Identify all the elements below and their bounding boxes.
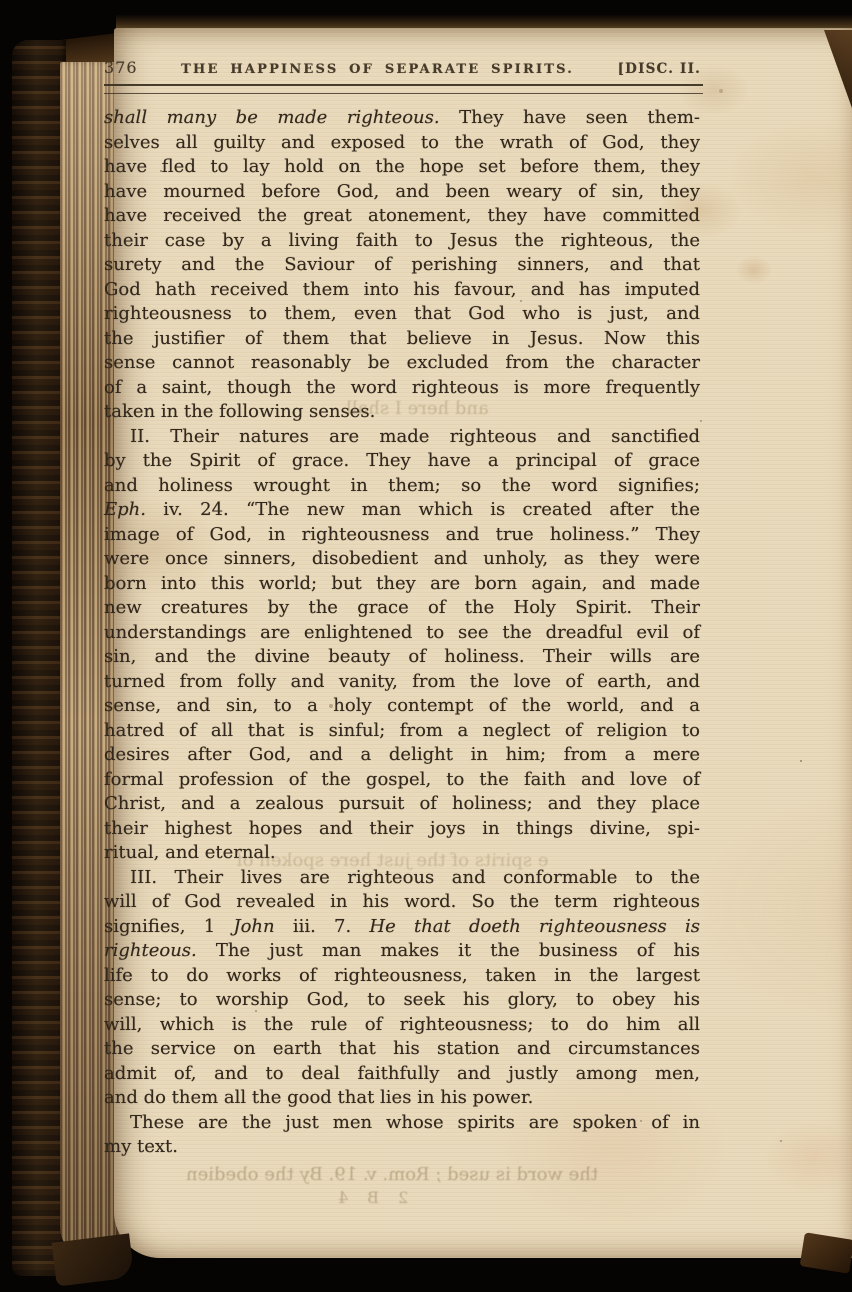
text-line: desires after God, and a delight in him;… <box>104 743 700 768</box>
text-line: the justifier of them that believe in Je… <box>104 327 700 352</box>
text-line: sense cannot reasonably be excluded from… <box>104 351 700 376</box>
show-through-text: and here I shall <box>346 398 489 419</box>
text-line: have mourned before God, and been weary … <box>104 180 700 205</box>
show-through-text: e spirits of the just here spoken of <box>236 850 548 871</box>
book-photo-scene: 376 THE HAPPINESS OF SEPARATE SPIRITS. [… <box>0 0 852 1292</box>
text-line: by the Spirit of grace. They have a prin… <box>104 449 700 474</box>
show-through-text: the word is used ; Rom. v. 19. By the ob… <box>186 1164 598 1185</box>
page-number: 376 <box>104 58 138 77</box>
text-line: righteousness to them, even that God who… <box>104 302 700 327</box>
running-title: THE HAPPINESS OF SEPARATE SPIRITS. <box>138 62 618 77</box>
text-line: and do them all the good that lies in hi… <box>104 1086 700 1111</box>
text-line: sense, and sin, to a holy contempt of th… <box>104 694 700 719</box>
text-line: their highest hopes and their joys in th… <box>104 817 700 842</box>
text-line: Eph. iv. 24. “The new man which is creat… <box>104 498 700 523</box>
text-line: will, which is the rule of righteousness… <box>104 1013 700 1038</box>
text-line: new creatures by the grace of the Holy S… <box>104 596 700 621</box>
show-through-signature-mark: 2 B 4 <box>331 1188 408 1207</box>
header-double-rule <box>104 84 703 94</box>
text-line: of a saint, though the word righteous is… <box>104 376 700 401</box>
text-line: have received the great atonement, they … <box>104 204 700 229</box>
text-line: hatred of all that is sinful; from a neg… <box>104 719 700 744</box>
text-line: God hath received them into his favour, … <box>104 278 700 303</box>
book-cover-corner-bottom-right <box>800 1232 852 1273</box>
text-line: understandings are enlightened to see th… <box>104 621 700 646</box>
text-line: turned from folly and vanity, from the l… <box>104 670 700 695</box>
text-line: shall many be made righteous. They have … <box>104 106 700 131</box>
book-spine-leather <box>12 40 66 1276</box>
text-line: life to do works of righteousness, taken… <box>104 964 700 989</box>
text-line: image of God, in righteousness and true … <box>104 523 700 548</box>
text-line: were once sinners, disobedient and unhol… <box>104 547 700 572</box>
text-line: sin, and the divine beauty of holiness. … <box>104 645 700 670</box>
running-header: 376 THE HAPPINESS OF SEPARATE SPIRITS. [… <box>104 58 701 77</box>
text-line: righteous. The just man makes it the bus… <box>104 939 700 964</box>
text-line: Christ, and a zealous pursuit of holines… <box>104 792 700 817</box>
text-line: selves all guilty and exposed to the wra… <box>104 131 700 156</box>
text-line: admit of, and to deal faithfully and jus… <box>104 1062 700 1087</box>
text-line: sense; to worship God, to seek his glory… <box>104 988 700 1013</box>
text-line: These are the just men whose spirits are… <box>104 1111 700 1136</box>
text-line: born into this world; but they are born … <box>104 572 700 597</box>
body-text: shall many be made righteous. They have … <box>104 106 700 1160</box>
text-line: and holiness wrought in them; so the wor… <box>104 474 700 499</box>
text-line: II. Their natures are made righteous and… <box>104 425 700 450</box>
text-line: have fled to lay hold on the hope set be… <box>104 155 700 180</box>
section-label: [DISC. II. <box>618 61 701 77</box>
book-cover-corner-bottom-left <box>52 1233 135 1286</box>
text-line: their case by a living faith to Jesus th… <box>104 229 700 254</box>
text-line: my text. <box>104 1135 700 1160</box>
text-line: the service on earth that his station an… <box>104 1037 700 1062</box>
text-line: will of God revealed in his word. So the… <box>104 890 700 915</box>
text-line: surety and the Saviour of perishing sinn… <box>104 253 700 278</box>
text-line: formal profession of the gospel, to the … <box>104 768 700 793</box>
text-line: signifies, 1 John iii. 7. He that doeth … <box>104 915 700 940</box>
